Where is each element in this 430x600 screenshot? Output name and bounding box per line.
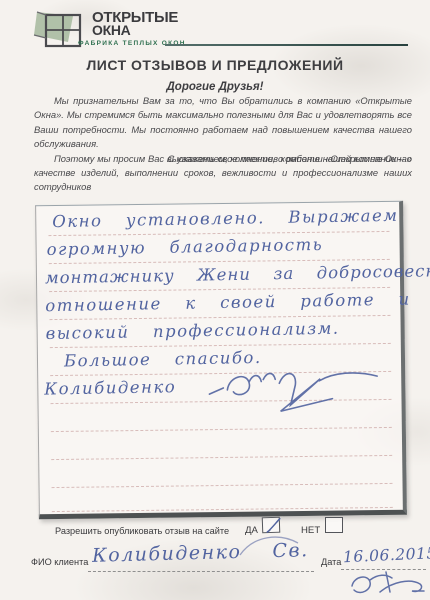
page-title: ЛИСТ ОТЗЫВОВ И ПРЕДЛОЖЕНИЙ <box>0 57 430 73</box>
date-label: Дата <box>321 557 341 567</box>
ruled-line <box>49 259 390 264</box>
ruled-line <box>52 483 393 488</box>
ruled-line <box>50 343 391 348</box>
ruled-line <box>52 507 393 512</box>
no-label: НЕТ <box>301 525 320 536</box>
ruled-line <box>49 287 390 292</box>
ruled-line <box>51 427 392 432</box>
client-signature-in-review <box>203 360 384 425</box>
feedback-sheet-scan: ОТКРЫТЫЕ ОКНА ФАБРИКА ТЕПЛЫХ ОКОН ЛИСТ О… <box>0 0 430 600</box>
publish-consent-question: Разрешить опубликовать отзыв на сайте <box>55 526 229 536</box>
client-name-label: ФИО клиента <box>31 557 88 567</box>
header-divider <box>165 44 408 46</box>
stray-pen-stroke <box>238 533 300 562</box>
ruled-line <box>49 315 390 320</box>
client-name-ruled-line <box>88 571 314 572</box>
review-writing-box: Окно установлено. Выражаем огромную благ… <box>35 201 407 519</box>
ruled-line <box>48 231 389 236</box>
intro-text: Мы признательны Вам за то, что Вы обрати… <box>34 94 412 195</box>
yes-checkbox <box>262 517 281 534</box>
no-checkbox <box>325 517 343 533</box>
client-signature-bottom <box>344 568 428 600</box>
brand-name: ОТКРЫТЫЕ ОКНА <box>92 11 178 37</box>
intro-paragraph-1: Мы признательны Вам за то, что Вы обрати… <box>34 94 412 152</box>
date-handwritten: 16.06.2015г <box>343 544 430 566</box>
ruled-line <box>51 455 392 460</box>
greeting-heading: Дорогие Друзья! <box>0 81 430 93</box>
signoff-text: С уважением, коллектив компании «Открыты… <box>34 153 412 164</box>
